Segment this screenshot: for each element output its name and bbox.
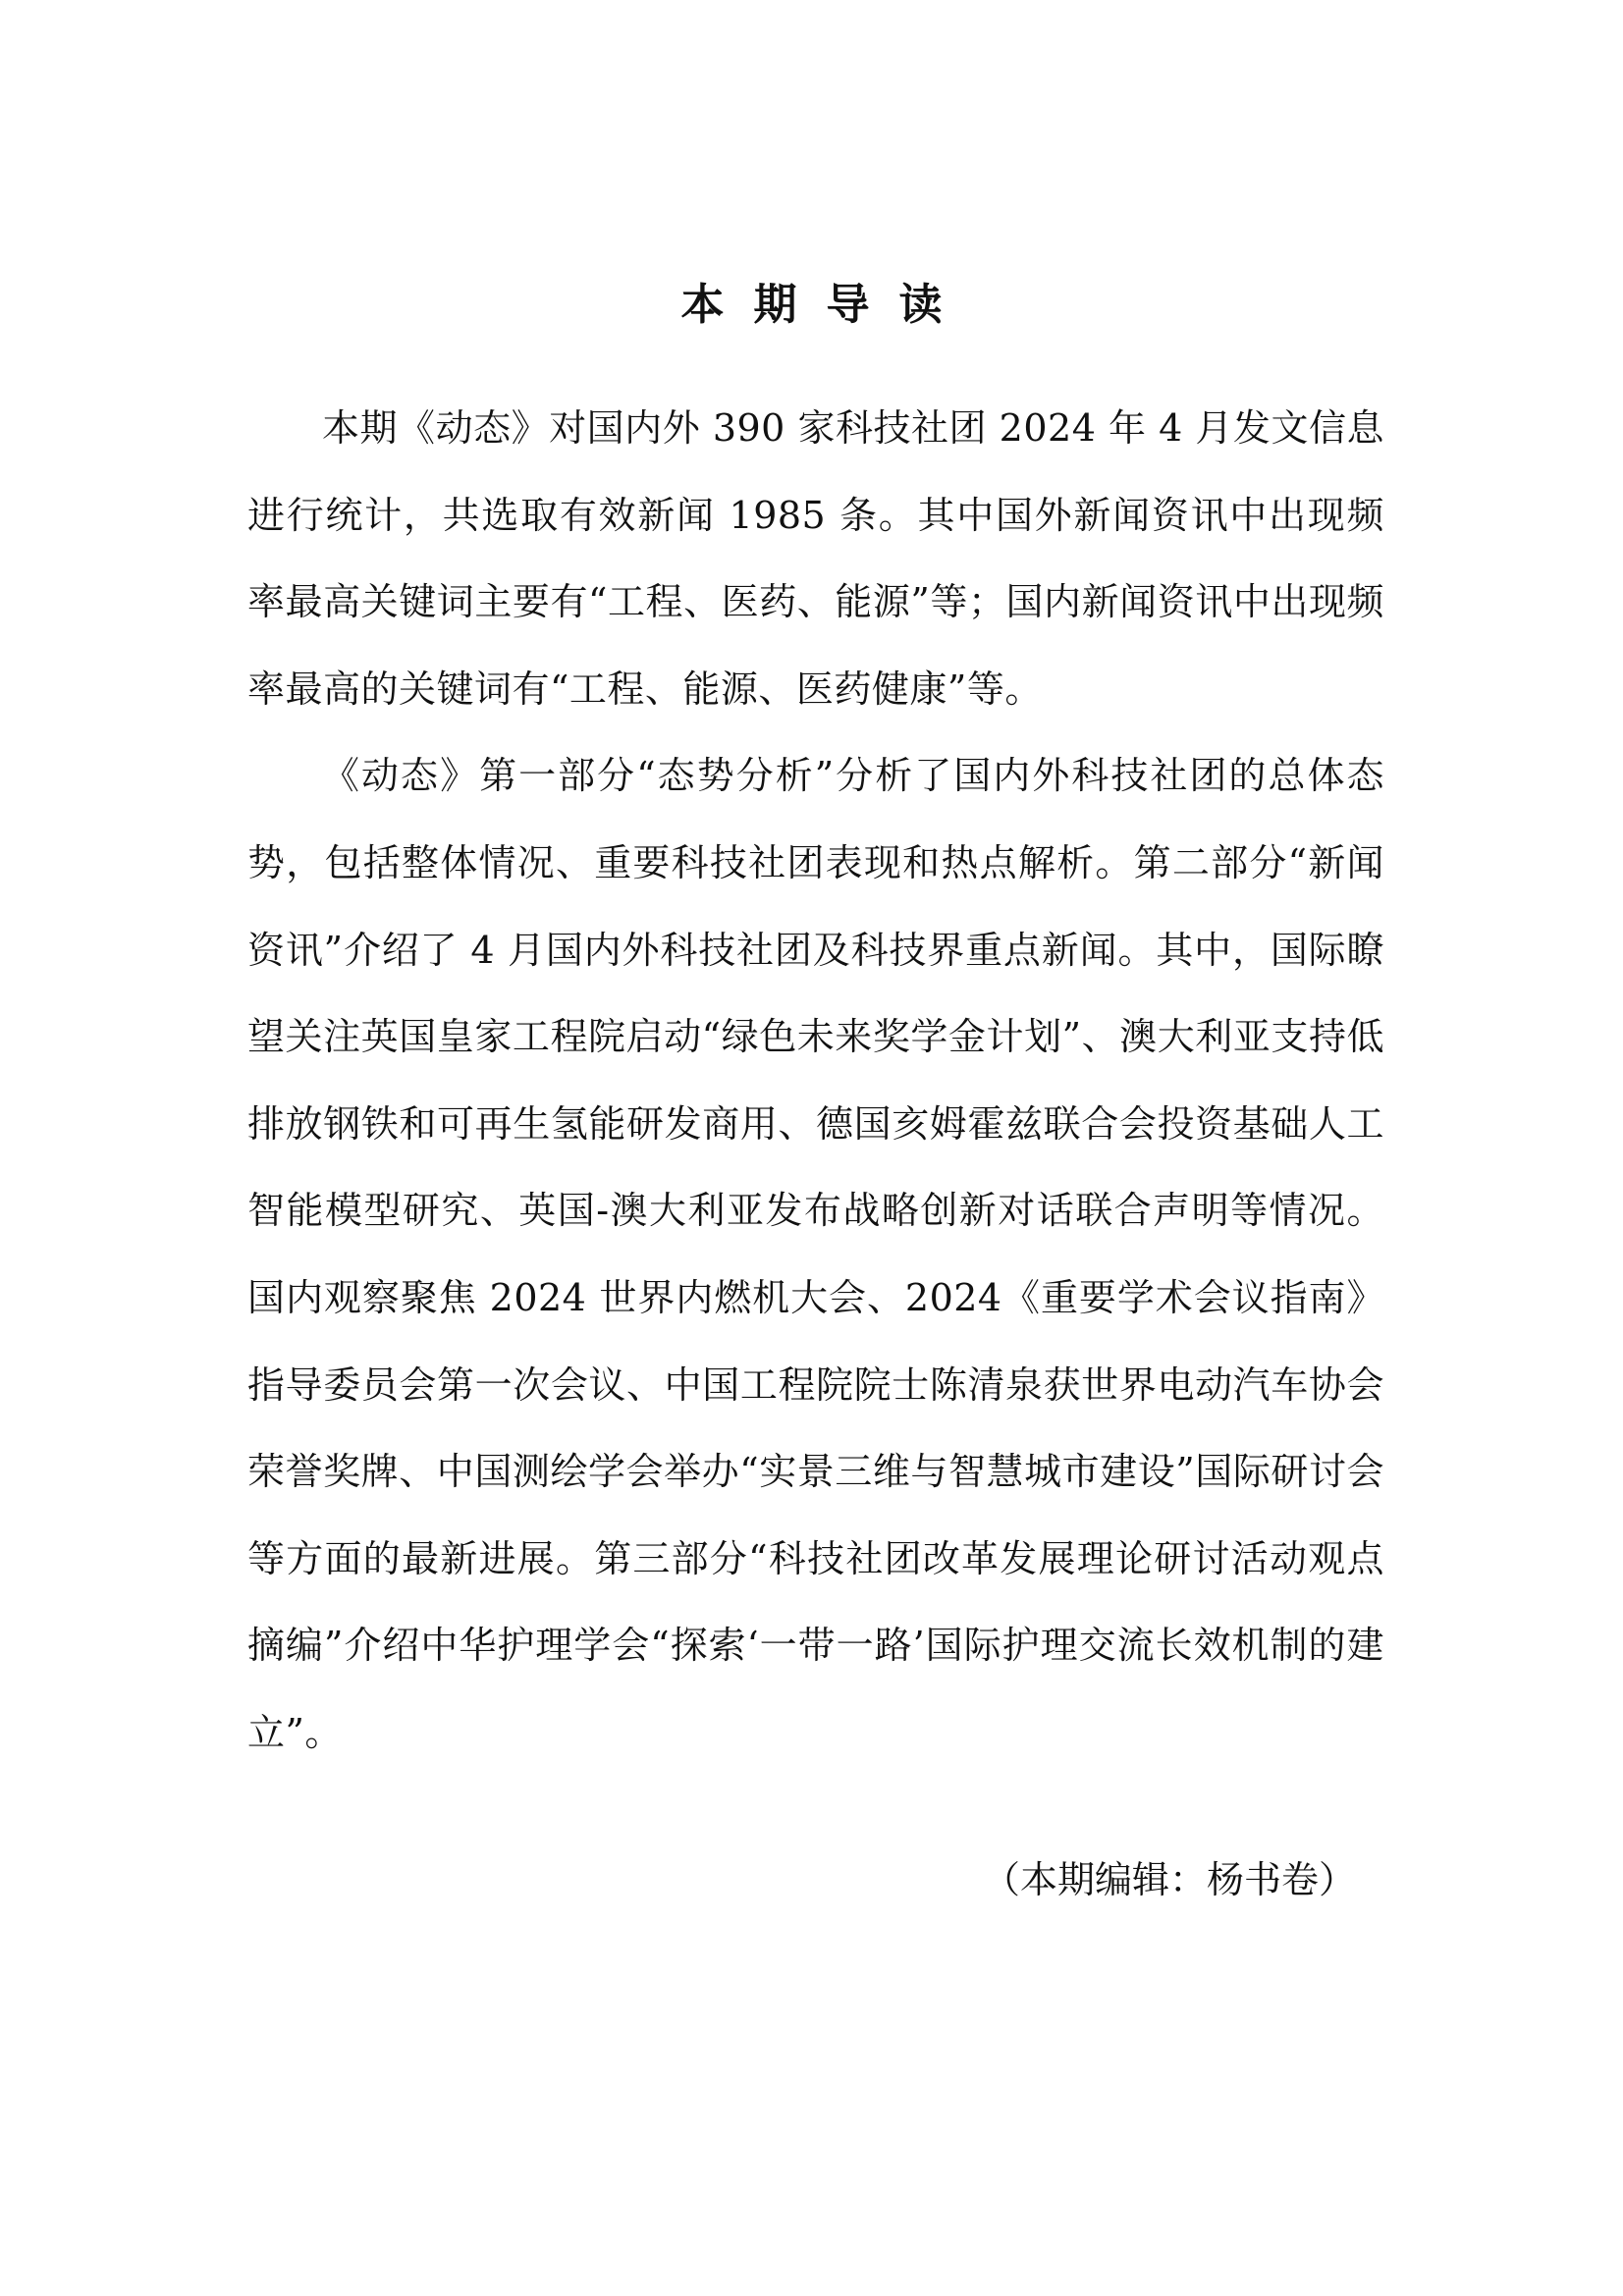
page-title: 本期导读: [0, 276, 1623, 335]
document-page: 本期导读 本期《动态》对国内外 390 家科技社团 2024 年 4 月发文信息…: [0, 0, 1623, 2296]
document-body: 本期《动态》对国内外 390 家科技社团 2024 年 4 月发文信息进行统计，…: [247, 385, 1384, 1777]
editor-credit: （本期编辑：杨书卷）: [983, 1850, 1356, 1909]
paragraph-summary: 本期《动态》对国内外 390 家科技社团 2024 年 4 月发文信息进行统计，…: [247, 385, 1384, 732]
paragraph-contents-overview: 《动态》第一部分“态势分析”分析了国内外科技社团的总体态势，包括整体情况、重要科…: [247, 732, 1384, 1776]
